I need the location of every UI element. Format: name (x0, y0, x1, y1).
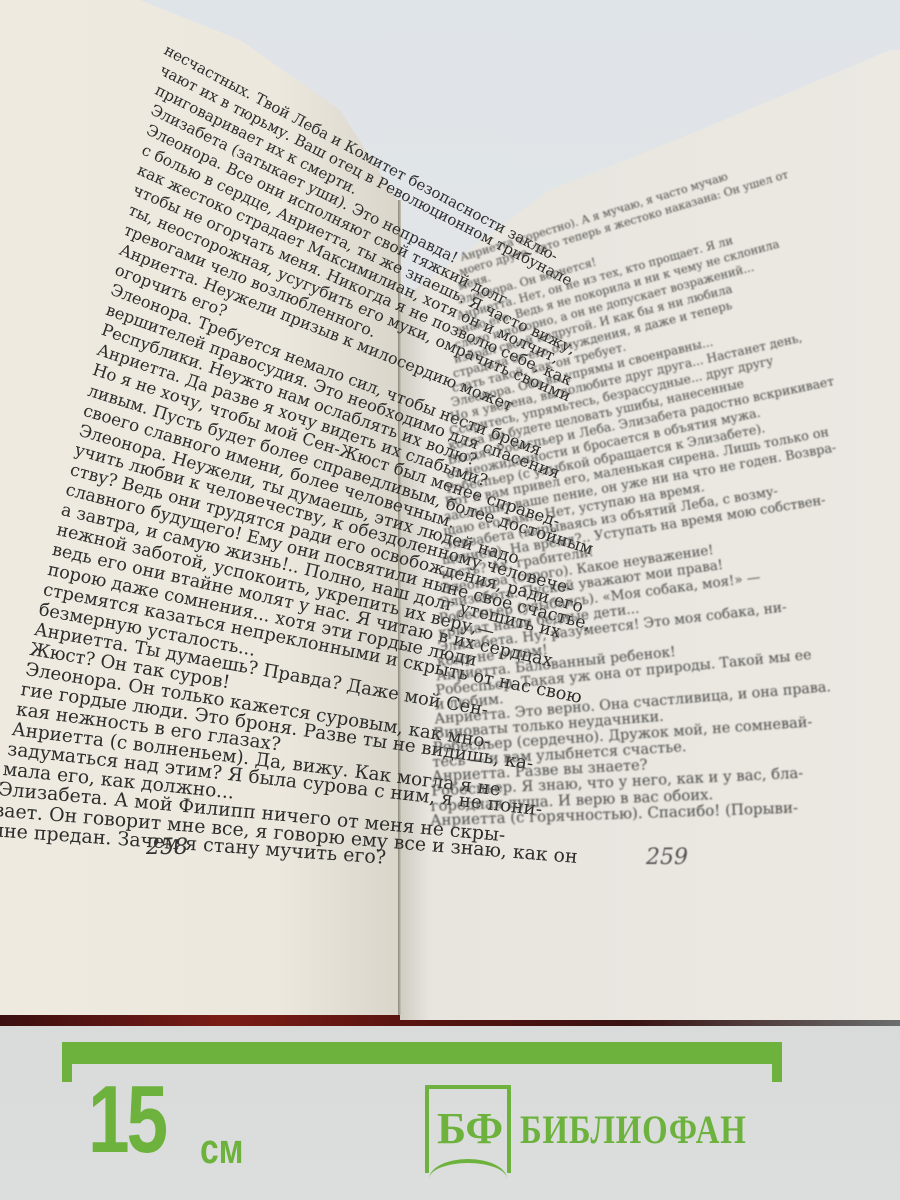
right-page-number: 259 (646, 845, 688, 870)
brand-name: БИБЛИОФАН (520, 1110, 747, 1150)
ruler-tick-right (772, 1042, 782, 1082)
open-book-icon (429, 1159, 507, 1179)
brand-logo-icon: БФ (425, 1085, 511, 1173)
photo-scene: несчастных. Твой Леба и Комитет безопасн… (0, 0, 900, 1200)
left-page-text: несчастных. Твой Леба и Комитет безопасн… (10, 40, 430, 840)
size-value: 15 (88, 1072, 165, 1168)
size-unit: см (200, 1128, 244, 1170)
ruler-tick-left (62, 1042, 72, 1082)
brand-logo-text: БФ (437, 1107, 503, 1151)
ruler-bar (62, 1042, 782, 1064)
right-page-text: Анриетта (горестно). А я мучаю, я часто … (430, 180, 900, 820)
left-page-number: 258 (146, 835, 188, 860)
